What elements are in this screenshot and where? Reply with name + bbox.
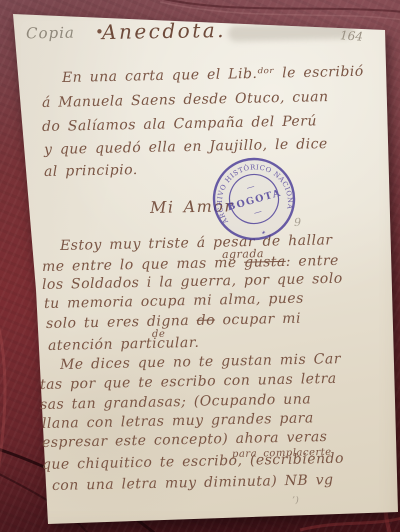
handwriting-text: ocupar mi xyxy=(215,311,301,329)
handwriting-text: ʼ) xyxy=(292,496,300,506)
handwriting-line: En una carta que el Lib.ᵈᵒʳ le escribió xyxy=(62,64,364,86)
handwriting-text: En una carta que el Lib.ᵈᵒʳ le escribió xyxy=(62,64,364,86)
handwriting-text: llana con letras muy grandes para xyxy=(42,410,314,432)
handwriting-line: solo tu eres digna do ocupar mi xyxy=(46,311,301,332)
handwriting-text: tu memoria ocupa mi alma, pues xyxy=(44,291,304,312)
handwriting-text: con una letra muy diminuta) NB vg xyxy=(52,472,334,494)
struck-word: gusta xyxy=(244,254,286,271)
handwriting-text: atención particular. xyxy=(48,335,200,354)
handwriting-layer: •En una carta que el Lib.ᵈᵒʳ le escribió… xyxy=(0,0,400,532)
handwriting-text: al principio. xyxy=(44,162,138,180)
archive-stamp-icon: ARCHIVO HISTÓRICO NACIONAL — BOGOTA — ✶ xyxy=(199,144,309,254)
handwriting-text: : entre xyxy=(286,253,339,270)
struck-word: do xyxy=(196,312,215,328)
handwriting-text: do Salíamos ala Campaña del Perú xyxy=(42,113,317,135)
letter-photo: Copia Anecdota. 164 •En una carta que el… xyxy=(0,0,400,532)
handwriting-text: tas por que te escribo con unas letra xyxy=(40,371,337,393)
handwriting-text: • xyxy=(95,23,105,41)
handwriting-line: llana con letras muy grandes para xyxy=(42,410,314,432)
pencil-mark: ʼ) xyxy=(292,496,300,506)
handwriting-line: do Salíamos ala Campaña del Perú xyxy=(42,113,317,135)
handwriting-text: Me dices que no te gustan mis Car xyxy=(60,351,341,373)
handwriting-line: tas por que te escribo con unas letra xyxy=(40,371,337,393)
ink-blot: • xyxy=(95,23,105,41)
handwriting-line: atención particular. xyxy=(48,335,200,354)
handwriting-text: me entre lo que mas me xyxy=(42,255,245,275)
handwriting-line: tu memoria ocupa mi alma, pues xyxy=(44,291,304,312)
handwriting-text: que chiquitico te escribo, (escribiendo xyxy=(42,451,344,473)
handwriting-line: sas tan grandasas; (Ocupando una xyxy=(40,391,311,413)
handwriting-text: sas tan grandasas; (Ocupando una xyxy=(40,391,311,413)
handwriting-text: á Manuela Saens desde Otuco, cuan xyxy=(42,89,329,111)
handwriting-text: solo tu eres digna xyxy=(46,313,197,332)
handwriting-line: con una letra muy diminuta) NB vg xyxy=(52,472,334,494)
handwriting-line: á Manuela Saens desde Otuco, cuan xyxy=(42,89,329,111)
handwriting-line: que chiquitico te escribo, (escribiendo xyxy=(42,451,344,473)
handwriting-line: Me dices que no te gustan mis Car xyxy=(60,351,341,373)
handwriting-line: al principio. xyxy=(44,162,138,180)
